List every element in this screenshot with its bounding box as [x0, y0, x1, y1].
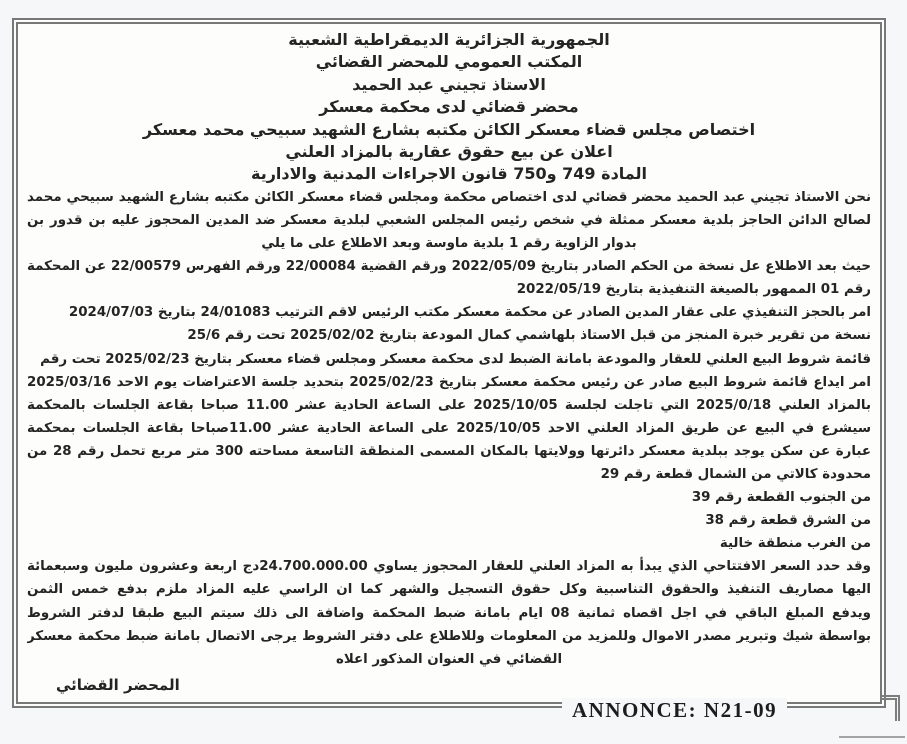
header-line-announcement-title: اعلان عن بيع حقوق عقارية بالمزاد العلني — [27, 141, 871, 163]
body-line: بالمزاد العلني 2025/0/18 التي تاجلت لجلس… — [27, 394, 871, 417]
header-line-bailiff-name: الاستاذ تجيني عبد الحميد — [27, 74, 871, 96]
body-line: قائمة شروط البيع العلني للعقار والمودعة … — [27, 348, 871, 371]
header-line-jurisdiction: اختصاص مجلس قضاء معسكر الكائن مكتبه بشار… — [27, 119, 871, 141]
header-line-legal-articles: المادة 749 و750 قانون الاجراءات المدنية … — [27, 163, 871, 185]
document-frame: الجمهورية الجزائرية الديمقراطية الشعبية … — [12, 18, 886, 708]
body-line: نسخة من تقرير خبرة المنجز من قبل الاستاذ… — [27, 324, 871, 347]
body-line-boundary-east: من الشرق قطعة رقم 38 — [27, 509, 871, 532]
scan-corner-mark — [880, 695, 900, 721]
body-line: سيشرع في البيع عن طريق المزاد العلني الا… — [27, 417, 871, 440]
body-line: بواسطة شيك وتبرير مصدر الاموال وللمزيد م… — [27, 625, 871, 648]
body-line: اليها مصاريف التنفيذ والحقوق التناسبية و… — [27, 578, 871, 601]
header-line-bailiff-title: محضر قضائي لدى محكمة معسكر — [27, 96, 871, 118]
body-line: ويدفع المبلغ الباقي في اجل اقصاه ثمانية … — [27, 602, 871, 625]
header-line-office: المكتب العمومي للمحضر القضائي — [27, 51, 871, 73]
bailiff-signature: المحضر القضائي — [56, 676, 180, 694]
body-line-boundary-west: من الغرب منطقة خالية — [27, 532, 871, 555]
document-content: الجمهورية الجزائرية الديمقراطية الشعبية … — [16, 22, 882, 704]
body-line-boundary-north: محدودة كالاتي من الشمال قطعة رقم 29 — [27, 463, 871, 486]
body-line: بدوار الزاوية رقم 1 بلدية ماوسة وبعد الا… — [27, 232, 871, 255]
body-line-opening-price: وقد حدد السعر الافتتاحي الذي يبدأ به الم… — [27, 555, 871, 578]
body-line: حيث بعد الاطلاع عل نسخة من الحكم الصادر … — [27, 255, 871, 278]
body-line: امر ايداع قائمة شروط البيع صادر عن رئيس … — [27, 371, 871, 394]
body-line: نحن الاستاذ تجيني عبد الحميد محضر قضائي … — [27, 186, 871, 209]
body-line: عبارة عن سكن يوجد ببلدية معسكر دائرتها و… — [27, 440, 871, 463]
body-line-boundary-south: من الجنوب القطعة رقم 39 — [27, 486, 871, 509]
scan-stray-line — [839, 736, 905, 738]
header-line-republic: الجمهورية الجزائرية الديمقراطية الشعبية — [27, 29, 871, 51]
annonce-reference-number: ANNONCE: N21-09 — [562, 698, 787, 725]
body-line: رقم 01 الممهور بالصيغة التنفيذية بتاريخ … — [27, 278, 871, 301]
body-line: امر بالحجز التنفيذي على عقار المدين الصا… — [27, 301, 871, 324]
body-line: لصالح الدائن الحاجز بلدية معسكر ممثلة في… — [27, 209, 871, 232]
body-line: القضائي في العنوان المذكور اعلاه — [27, 648, 871, 671]
